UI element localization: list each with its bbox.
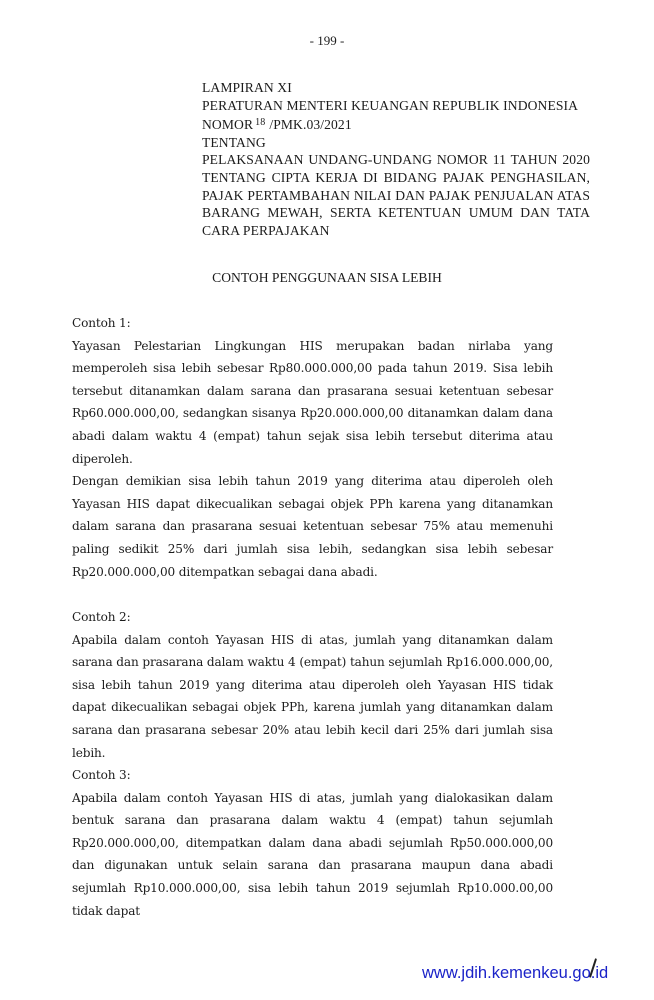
- example-paragraph: Apabila dalam contoh Yayasan HIS di atas…: [72, 787, 553, 923]
- lampiran-header: LAMPIRAN XI PERATURAN MENTERI KEUANGAN R…: [202, 79, 590, 239]
- regulation-name: PERATURAN MENTERI KEUANGAN REPUBLIK INDO…: [202, 97, 590, 115]
- regulation-title-line: PAJAK PERTAMBAHAN NILAI DAN PAJAK PENJUA…: [202, 187, 590, 205]
- example-paragraph: Apabila dalam contoh Yayasan HIS di atas…: [72, 629, 553, 765]
- section-title: CONTOH PENGGUNAAN SISA LEBIH: [0, 270, 654, 286]
- nomor-value: 18: [255, 117, 265, 128]
- example-1: Contoh 1: Yayasan Pelestarian Lingkungan…: [72, 312, 553, 583]
- lampiran-label: LAMPIRAN XI: [202, 79, 590, 97]
- example-paragraph: Yayasan Pelestarian Lingkungan HIS merup…: [72, 335, 553, 471]
- jdih-website-link[interactable]: www.jdih.kemenkeu.go.id: [422, 964, 608, 983]
- regulation-title-line: TENTANG CIPTA KERJA DI BIDANG PAJAK PENG…: [202, 169, 590, 187]
- tentang-label: TENTANG: [202, 134, 590, 152]
- nomor-suffix: /PMK.03/2021: [269, 117, 351, 132]
- regulation-number: NOMOR18/PMK.03/2021: [202, 114, 590, 134]
- regulation-title-line: PELAKSANAAN UNDANG-UNDANG NOMOR 11 TAHUN…: [202, 151, 590, 169]
- example-label: Contoh 1:: [72, 312, 553, 335]
- example-3: Contoh 3: Apabila dalam contoh Yayasan H…: [72, 764, 553, 922]
- page-number: - 199 -: [0, 33, 654, 49]
- regulation-title-line: CARA PERPAJAKAN: [202, 222, 590, 240]
- example-2: Contoh 2: Apabila dalam contoh Yayasan H…: [72, 606, 553, 764]
- example-paragraph: Dengan demikian sisa lebih tahun 2019 ya…: [72, 470, 553, 583]
- example-label: Contoh 2:: [72, 606, 553, 629]
- nomor-prefix: NOMOR: [202, 117, 253, 132]
- example-label: Contoh 3:: [72, 764, 553, 787]
- regulation-title-line: BARANG MEWAH, SERTA KETENTUAN UMUM DAN T…: [202, 204, 590, 222]
